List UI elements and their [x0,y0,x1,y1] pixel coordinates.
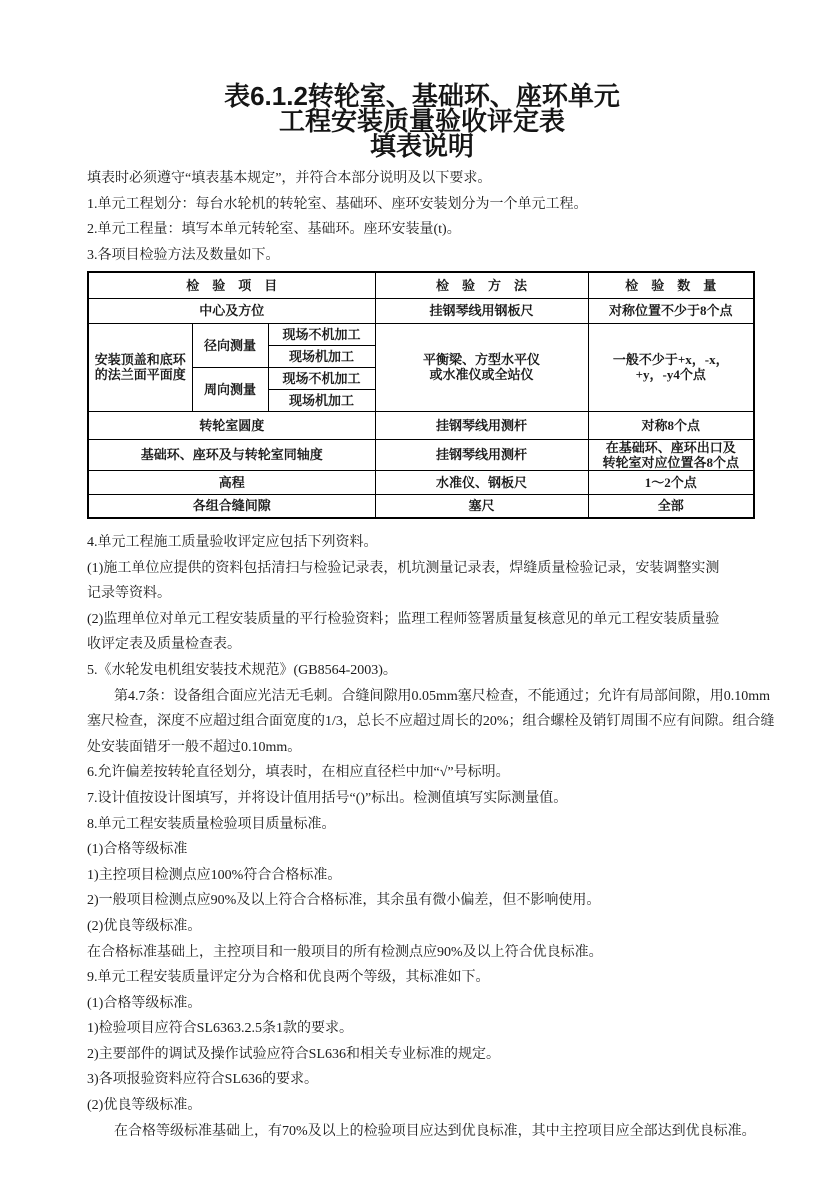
paragraph-line: 1)检验项目应符合SL6363.2.5条1款的要求。 [87,1016,757,1042]
paragraph-line: 7.设计值按设计图填写，并将设计值用括号“()”标出。检测值填写实际测量值。 [87,786,757,812]
document-page: 表6.1.2转轮室、基础环、座环单元 工程安装质量验收评定表 填表说明 填表时必… [0,0,838,1186]
cell-roundness-item: 转轮室圆度 [88,411,375,439]
paragraph-line: (2)优良等级标准。 [87,914,757,940]
cell-joint-gap-qty: 全部 [588,494,754,518]
paragraph-line: 3)各项报验资料应符合SL636的要求。 [87,1067,757,1093]
cell-coaxiality-method: 挂钢琴线用测杆 [375,439,588,470]
paragraph-line: 1.单元工程划分：每台水轮机的转轮室、基础环、座环安装划分为一个单元工程。 [87,192,757,218]
cell-center-qty: 对称位置不少于8个点 [588,298,754,323]
cell-coaxiality-item: 基础环、座环及与转轮室同轴度 [88,439,375,470]
table-row-joint-gap: 各组合缝间隙 塞尺 全部 [88,494,754,518]
paragraph-line: 在合格标准基础上，主控项目和一般项目的所有检测点应90%及以上符合优良标准。 [87,940,757,966]
cell-joint-gap-method: 塞尺 [375,494,588,518]
paragraph-line: 处安装面错牙一般不超过0.10mm。 [87,735,757,761]
document-content: 表6.1.2转轮室、基础环、座环单元 工程安装质量验收评定表 填表说明 填表时必… [87,0,757,1144]
cell-flatness-sub-4: 现场机加工 [268,389,375,411]
cell-flatness-circumferential: 周向测量 [192,367,268,411]
cell-flatness-sub-1: 现场不机加工 [268,323,375,345]
intro-paragraphs: 填表时必须遵守“填表基本规定”，并符合本部分说明及以下要求。1.单元工程划分：每… [87,166,757,268]
paragraph-line: (1)合格等级标准 [87,837,757,863]
cell-flatness-method: 平衡梁、方型水平仪 或水准仪或全站仪 [375,323,588,411]
page-title: 表6.1.2转轮室、基础环、座环单元 工程安装质量验收评定表 填表说明 [87,84,757,159]
cell-roundness-method: 挂钢琴线用测杆 [375,411,588,439]
paragraph-line: 2.单元工程量：填写本单元转轮室、基础环。座环安装量(t)。 [87,217,757,243]
paragraph-line: (1)施工单位应提供的资料包括清扫与检验记录表，机坑测量记录表，焊缝质量检验记录… [87,556,757,582]
header-cell-qty: 检 验 数 量 [588,272,754,298]
paragraph-line: 收评定表及质量检查表。 [87,632,757,658]
paragraph-line: 1)主控项目检测点应100%符合合格标准。 [87,863,757,889]
paragraph-line: 9.单元工程安装质量评定分为合格和优良两个等级，其标准如下。 [87,965,757,991]
paragraph-line: 填表时必须遵守“填表基本规定”，并符合本部分说明及以下要求。 [87,166,757,192]
header-cell-method: 检 验 方 法 [375,272,588,298]
cell-flatness-sub-2: 现场机加工 [268,345,375,367]
inspection-table: 检 验 项 目 检 验 方 法 检 验 数 量 中心及方位 挂钢琴线用钢板尺 对… [87,271,755,519]
table-row-roundness: 转轮室圆度 挂钢琴线用测杆 对称8个点 [88,411,754,439]
paragraph-line: 第4.7条：设备组合面应光洁无毛刺。合缝间隙用0.05mm塞尺检查，不能通过；允… [87,684,757,710]
paragraph-line: (2)优良等级标准。 [87,1093,757,1119]
paragraph-line: (2)监理单位对单元工程安装质量的平行检验资料；监理工程师签署质量复核意见的单元… [87,607,757,633]
cell-coaxiality-qty: 在基础环、座环出口及 转轮室对应位置各8个点 [588,439,754,470]
table-row-center: 中心及方位 挂钢琴线用钢板尺 对称位置不少于8个点 [88,298,754,323]
paragraph-line: 2)主要部件的调试及操作试验应符合SL636和相关专业标准的规定。 [87,1042,757,1068]
table-header-row: 检 验 项 目 检 验 方 法 检 验 数 量 [88,272,754,298]
cell-center-method: 挂钢琴线用钢板尺 [375,298,588,323]
cell-flatness-sub-3: 现场不机加工 [268,367,375,389]
paragraph-line: 6.允许偏差按转轮直径划分，填表时，在相应直径栏中加“√”号标明。 [87,760,757,786]
header-cell-item: 检 验 项 目 [88,272,375,298]
page-title-line-3: 填表说明 [87,134,757,159]
paragraph-line: 塞尺检查，深度不应超过组合面宽度的1/3，总长不应超过周长的20%；组合螺栓及销… [87,709,757,735]
paragraph-line: 4.单元工程施工质量验收评定应包括下列资料。 [87,530,757,556]
paragraph-line: 2)一般项目检测点应90%及以上符合合格标准，其余虽有微小偏差，但不影响使用。 [87,888,757,914]
cell-center-item: 中心及方位 [88,298,375,323]
paragraph-line: 8.单元工程安装质量检验项目质量标准。 [87,812,757,838]
table-row-coaxiality: 基础环、座环及与转轮室同轴度 挂钢琴线用测杆 在基础环、座环出口及 转轮室对应位… [88,439,754,470]
paragraph-line: 在合格等级标准基础上，有70%及以上的检验项目应达到优良标准，其中主控项目应全部… [87,1119,757,1145]
table-row-elevation: 高程 水准仪、钢板尺 1～2个点 [88,470,754,494]
paragraph-line: 3.各项目检验方法及数量如下。 [87,243,757,269]
paragraph-line: 记录等资料。 [87,581,757,607]
table-row-flatness-1: 安装顶盖和底环 的法兰面平面度 径向测量 现场不机加工 平衡梁、方型水平仪 或水… [88,323,754,345]
cell-flatness-qty: 一般不少于+x，-x， +y，-y4个点 [588,323,754,411]
cell-joint-gap-item: 各组合缝间隙 [88,494,375,518]
cell-elevation-item: 高程 [88,470,375,494]
cell-roundness-qty: 对称8个点 [588,411,754,439]
cell-flatness-item: 安装顶盖和底环 的法兰面平面度 [88,323,192,411]
paragraph-line: (1)合格等级标准。 [87,991,757,1017]
cell-flatness-radial: 径向测量 [192,323,268,367]
cell-elevation-qty: 1～2个点 [588,470,754,494]
cell-elevation-method: 水准仪、钢板尺 [375,470,588,494]
paragraph-line: 5.《水轮发电机组安装技术规范》(GB8564-2003)。 [87,658,757,684]
notes-paragraphs: 4.单元工程施工质量验收评定应包括下列资料。(1)施工单位应提供的资料包括清扫与… [87,530,757,1144]
